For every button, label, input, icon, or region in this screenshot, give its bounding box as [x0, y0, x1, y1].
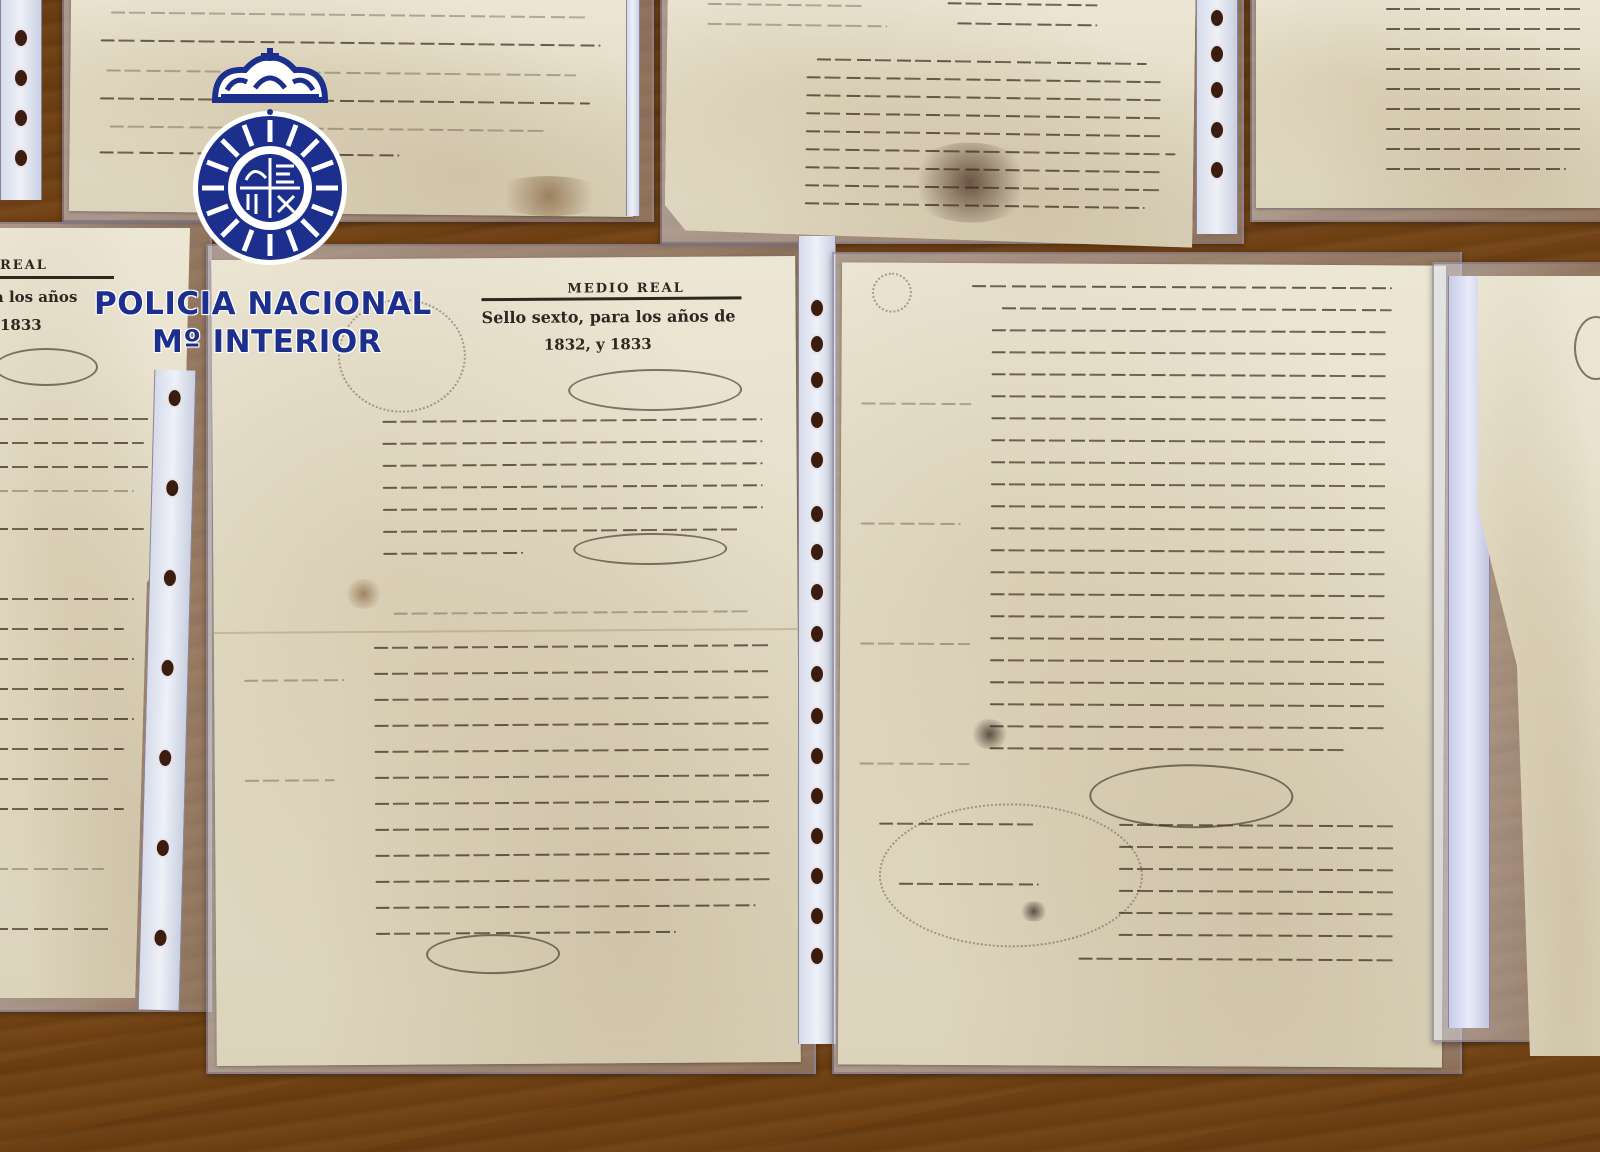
punch-hole [811, 412, 823, 428]
document-top-middle [664, 0, 1195, 248]
printed-years-partial: 1833 [0, 316, 42, 334]
punch-hole [15, 30, 27, 46]
punch-hole [159, 750, 171, 766]
punch-hole [811, 544, 823, 560]
document-center-right [838, 262, 1446, 1067]
punch-hole [154, 930, 166, 946]
signature-bottom [426, 934, 560, 975]
document-medio-real: MEDIO REAL Sello sexto, para los años de… [211, 256, 801, 1066]
punch-hole [1211, 162, 1223, 178]
punch-hole [811, 748, 823, 764]
binder-strip-top-left [626, 0, 640, 216]
burn-damage [905, 142, 1036, 224]
punch-hole [811, 336, 823, 352]
printed-stamp-line: Sello sexto, para los años de [482, 306, 736, 327]
watermark-line-policia-nacional: POLICIA NACIONAL [94, 286, 432, 322]
signature-mid [573, 532, 727, 565]
punch-hole [811, 708, 823, 724]
punch-hole [811, 300, 823, 316]
punch-hole [811, 788, 823, 804]
printed-years: 1832, y 1833 [544, 335, 652, 354]
document-top-right [1256, 0, 1600, 208]
punch-hole [811, 626, 823, 642]
punch-hole [15, 110, 27, 126]
printed-header-denomination: MEDIO REAL [567, 281, 685, 297]
punch-hole [811, 908, 823, 924]
printed-header-rule [481, 296, 741, 301]
signature-flourish-top [568, 368, 742, 411]
punch-hole [1211, 46, 1223, 62]
punch-hole [166, 480, 178, 496]
punch-hole [811, 584, 823, 600]
punch-hole [15, 70, 27, 86]
signature-rubric [1089, 764, 1293, 829]
punch-hole [1211, 122, 1223, 138]
punch-hole [811, 828, 823, 844]
punch-hole [811, 666, 823, 682]
binder-strip-top-far-left [0, 0, 42, 200]
punch-hole [811, 372, 823, 388]
punch-hole [811, 868, 823, 884]
punch-hole [161, 660, 173, 676]
punch-hole [1211, 10, 1223, 26]
binder-strip-top-middle [1196, 0, 1238, 234]
fold-crease [214, 628, 798, 634]
punch-hole [15, 150, 27, 166]
binder-strip-center [798, 236, 836, 1044]
punch-hole [811, 506, 823, 522]
punch-hole [164, 570, 176, 586]
punch-hole [168, 390, 180, 406]
punch-hole [811, 452, 823, 468]
printed-header-denomination-partial: REAL [0, 258, 48, 273]
punch-hole [811, 948, 823, 964]
punch-hole [157, 840, 169, 856]
watermark-line-ministerio-interior: Mº INTERIOR [152, 324, 382, 360]
police-crest-icon [185, 48, 355, 280]
policia-nacional-watermark: POLICIA NACIONAL Mº INTERIOR [90, 48, 450, 368]
printed-stamp-line-partial: a los años [0, 288, 77, 306]
punch-hole [1211, 82, 1223, 98]
